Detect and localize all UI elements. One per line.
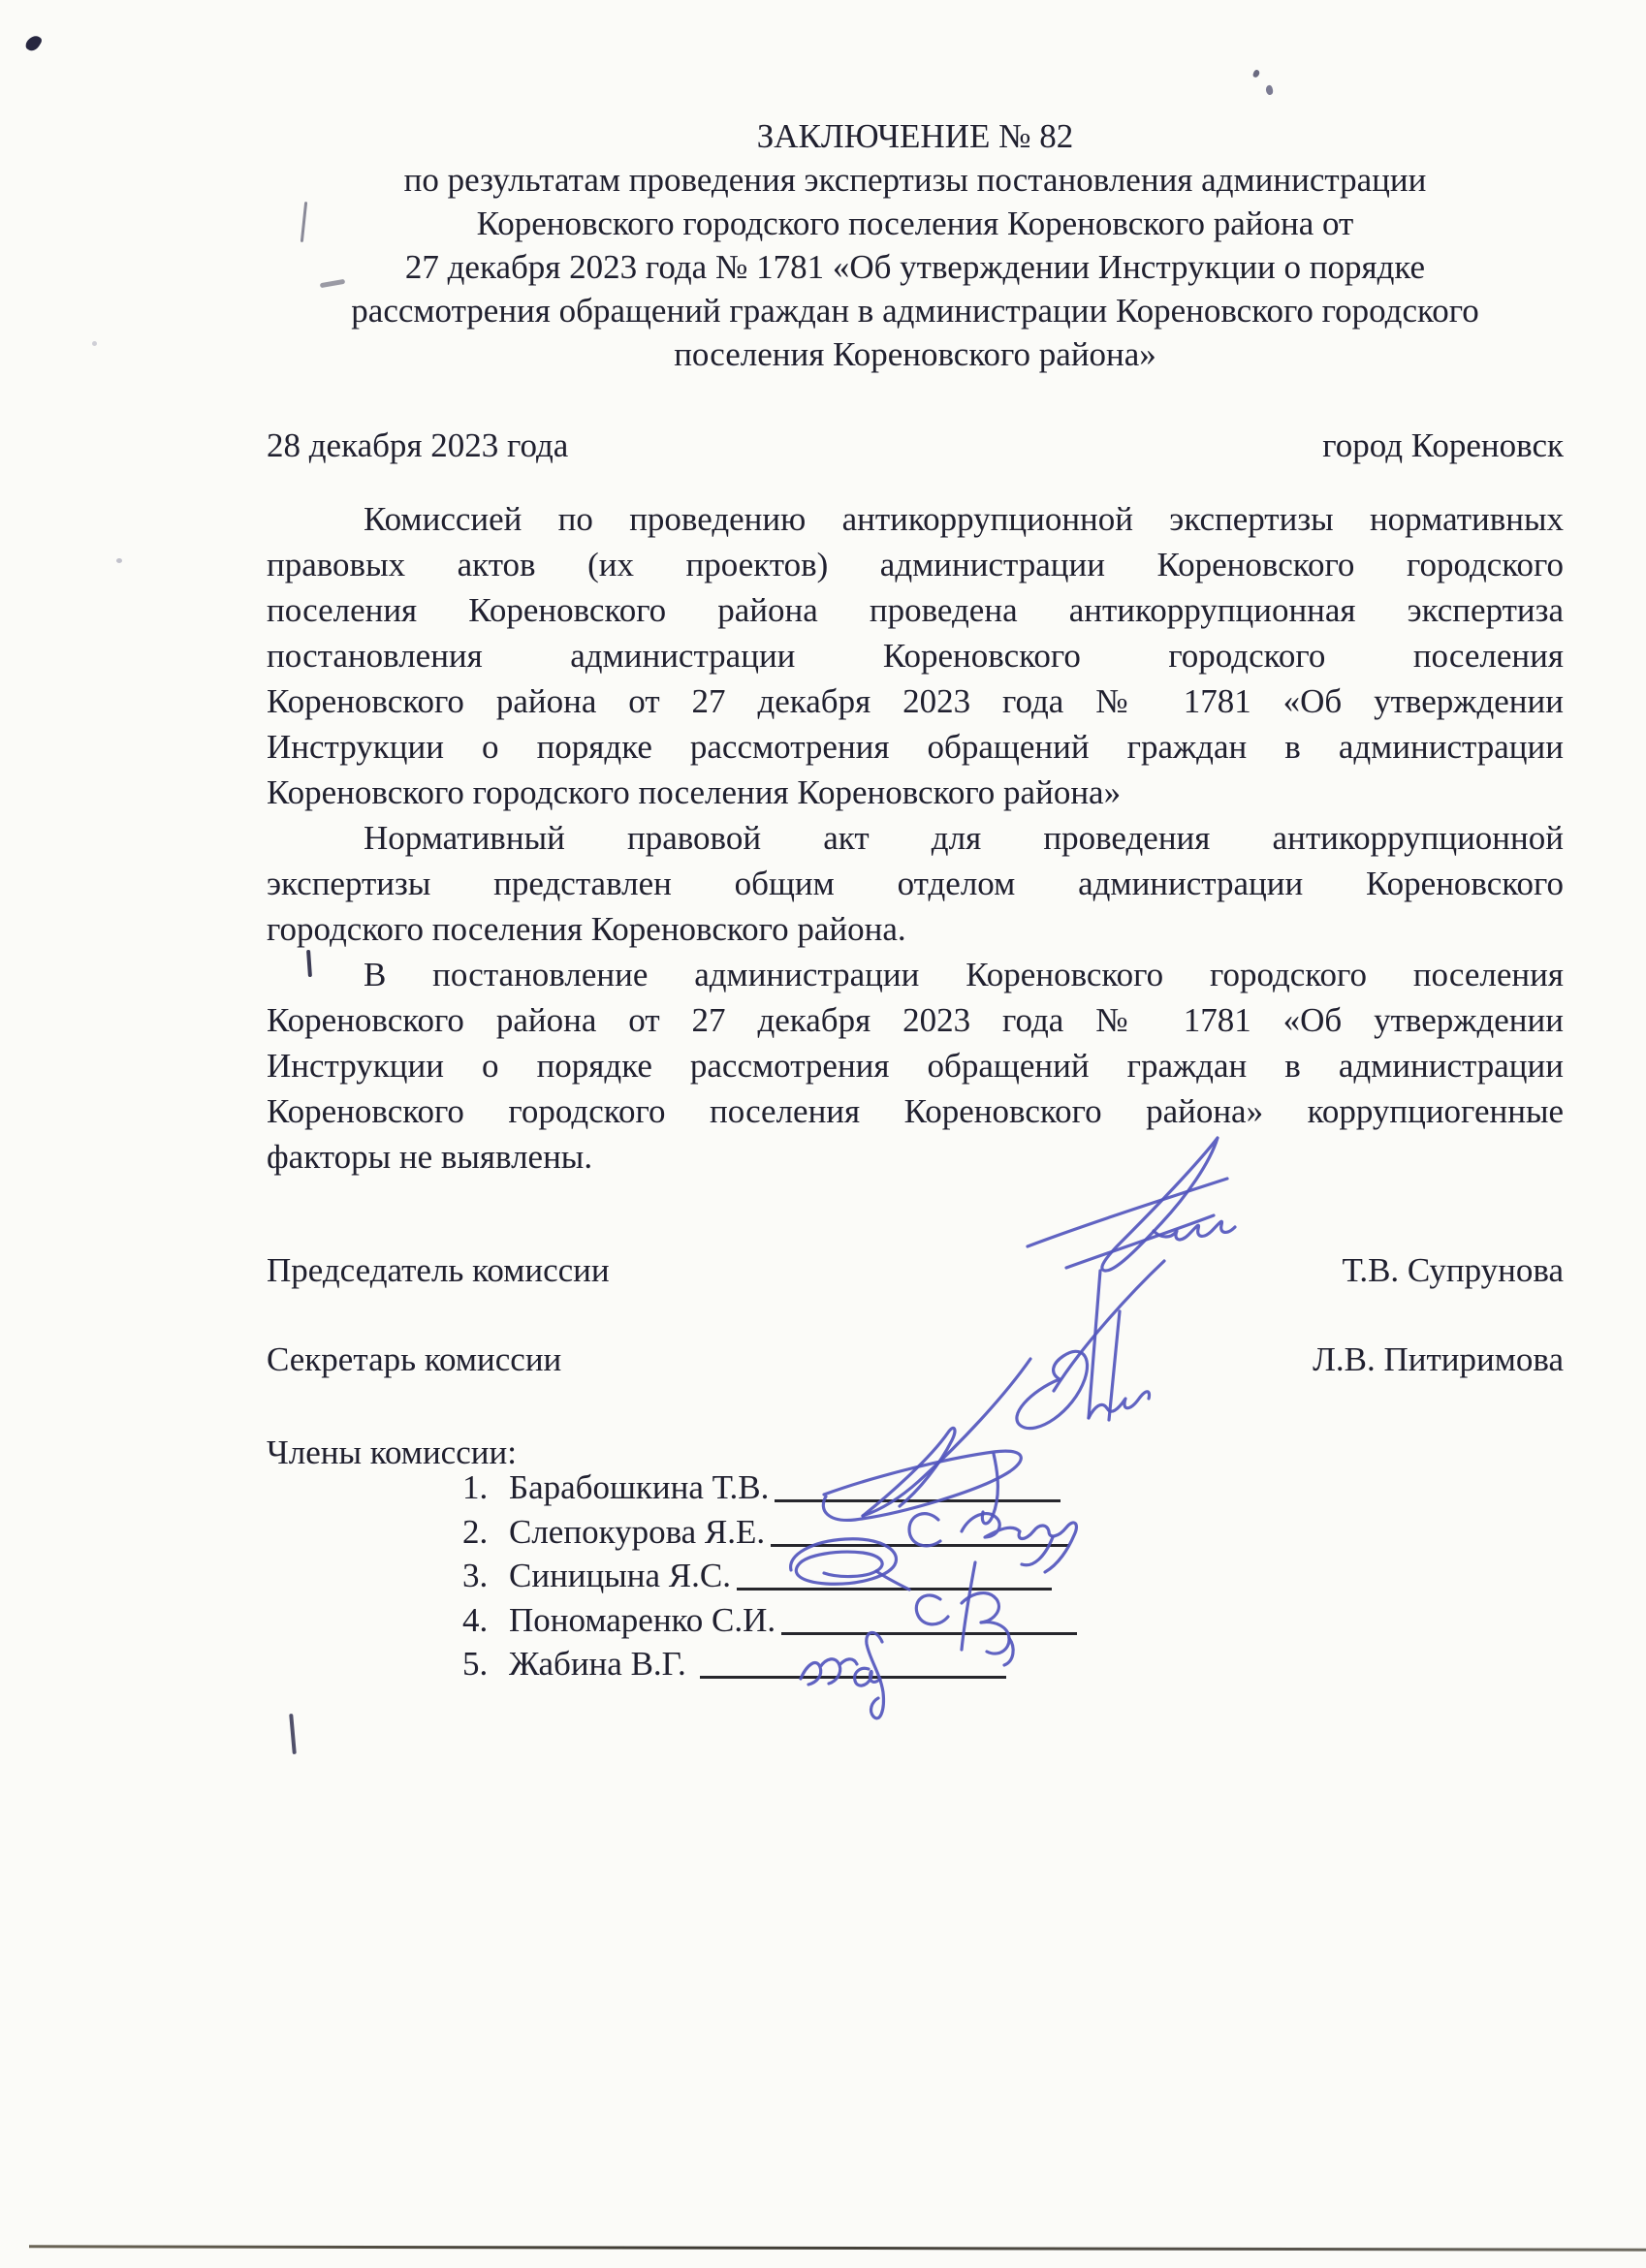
document-body: Комиссией по проведению антикоррупционно…: [267, 496, 1564, 1180]
document-title: ЗАКЛЮЧЕНИЕ № 82 по результатам проведени…: [267, 114, 1564, 376]
member-name: Жабина В.Г.: [509, 1645, 694, 1683]
document-place: город Кореновск: [1322, 424, 1564, 467]
scanned-document-page: ЗАКЛЮЧЕНИЕ № 82 по результатам проведени…: [0, 0, 1646, 2268]
member-number: 3.: [462, 1554, 509, 1598]
paper-edge-scan-line: [29, 2245, 1646, 2251]
body-line: Кореновского района от 27 декабря 2023 г…: [267, 997, 1564, 1043]
body-line: факторы не выявлены.: [267, 1134, 1564, 1180]
body-line: Инструкции о порядке рассмотрения обраще…: [267, 724, 1564, 770]
body-line: правовых актов (их проектов) администрац…: [267, 542, 1564, 587]
body-line: Инструкции о порядке рассмотрения обраще…: [267, 1043, 1564, 1088]
title-line: по результатам проведения экспертизы пос…: [267, 158, 1564, 202]
signature-line: [700, 1672, 1006, 1679]
title-line: 27 декабря 2023 года № 1781 «Об утвержде…: [267, 245, 1564, 289]
ink-blot-artifact: [23, 33, 43, 53]
body-line: Кореновского городского поселения Корено…: [267, 770, 1564, 815]
scan-speck-artifact: [116, 558, 122, 563]
body-line: поселения Кореновского района проведена …: [267, 587, 1564, 633]
member-row: 4.Пономаренко С.И.: [267, 1598, 1564, 1643]
member-number: 2.: [462, 1510, 509, 1555]
member-name: Барабошкина Т.В.: [509, 1468, 769, 1506]
chairman-signature-row: Председатель комиссии Т.В. Супрунова: [267, 1248, 1564, 1292]
body-line: Кореновского городского поселения Корено…: [267, 1088, 1564, 1134]
date-place-row: 28 декабря 2023 года город Кореновск: [267, 424, 1564, 467]
secretary-label: Секретарь комиссии: [267, 1338, 561, 1381]
signature-line: [771, 1540, 1069, 1547]
member-row: 5.Жабина В.Г.: [267, 1642, 1564, 1686]
document-date: 28 декабря 2023 года: [267, 424, 568, 467]
scan-speck-artifact: [1265, 84, 1274, 95]
body-line: Комиссией по проведению антикоррупционно…: [267, 496, 1564, 542]
body-line: Нормативный правовой акт для проведения …: [267, 815, 1564, 861]
body-line: В постановление администрации Кореновско…: [267, 952, 1564, 997]
body-line: экспертизы представлен общим отделом адм…: [267, 861, 1564, 906]
body-line: постановления администрации Кореновского…: [267, 633, 1564, 678]
secretary-name: Л.В. Питиримова: [1313, 1338, 1564, 1381]
title-line: поселения Кореновского района»: [267, 332, 1564, 376]
chairman-name: Т.В. Супрунова: [1342, 1248, 1564, 1292]
member-row: 2.Слепокурова Я.Е.: [267, 1510, 1564, 1555]
member-name: Синицына Я.С.: [509, 1557, 731, 1594]
title-line: рассмотрения обращений граждан в админис…: [267, 289, 1564, 332]
members-list: 1.Барабошкина Т.В. 2.Слепокурова Я.Е. 3.…: [267, 1465, 1564, 1686]
member-number: 5.: [462, 1642, 509, 1686]
member-row: 1.Барабошкина Т.В.: [267, 1465, 1564, 1510]
secretary-signature-row: Секретарь комиссии Л.В. Питиримова: [267, 1338, 1564, 1381]
signature-line: [775, 1496, 1060, 1502]
scan-speck-artifact: [92, 341, 97, 346]
body-line: городского поселения Кореновского района…: [267, 906, 1564, 952]
signature-line: [737, 1584, 1052, 1591]
member-number: 1.: [462, 1465, 509, 1510]
pen-tick-artifact: [289, 1714, 297, 1754]
title-line: ЗАКЛЮЧЕНИЕ № 82: [267, 114, 1564, 158]
member-number: 4.: [462, 1598, 509, 1643]
member-row: 3.Синицына Я.С.: [267, 1554, 1564, 1598]
title-line: Кореновского городского поселения Корено…: [267, 202, 1564, 245]
body-line: Кореновского района от 27 декабря 2023 г…: [267, 678, 1564, 724]
member-name: Пономаренко С.И.: [509, 1601, 776, 1639]
chairman-label: Председатель комиссии: [267, 1248, 610, 1292]
signature-line: [781, 1628, 1077, 1635]
member-name: Слепокурова Я.Е.: [509, 1513, 765, 1551]
scan-speck-artifact: [1252, 69, 1260, 79]
